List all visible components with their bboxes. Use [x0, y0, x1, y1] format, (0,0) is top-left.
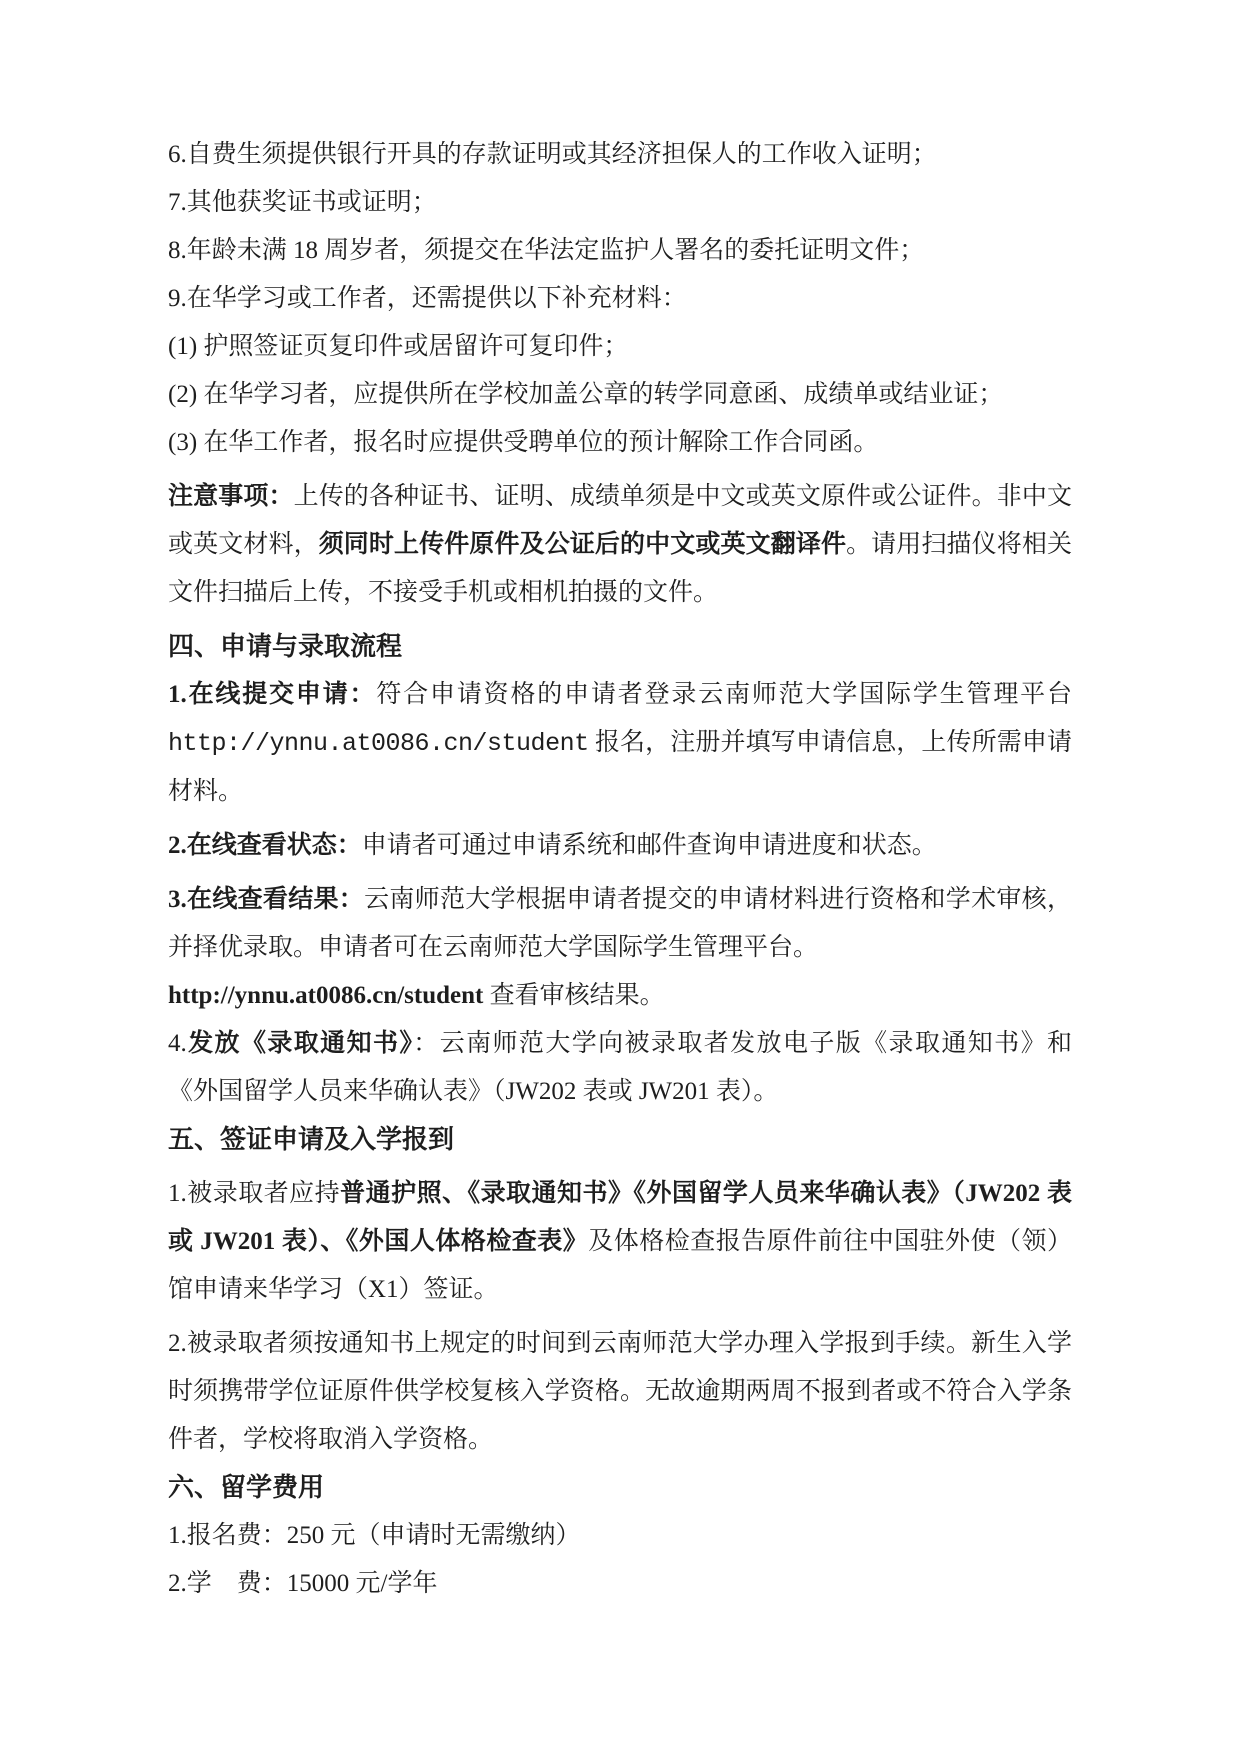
document-page: 6.自费生须提供银行开具的存款证明或其经济担保人的工作收入证明；7.其他获奖证书…	[0, 0, 1240, 1753]
sub-item-2: (2) 在华学习者，应提供所在学校加盖公章的转学同意函、成绩单或结业证；	[168, 371, 1072, 419]
text-run: 申请者可通过申请系统和邮件查询申请进度和状态。	[362, 832, 937, 859]
section-heading-6: 六、留学费用	[168, 1464, 1072, 1512]
text-run: 六、留学费用	[168, 1473, 324, 1502]
text-run: 7.其他获奖证书或证明；	[168, 189, 437, 216]
text-run: 须同时上传件原件及公证后的中文或英文翻译件	[319, 531, 846, 558]
visa-step-2: 2.被录取者须按通知书上规定的时间到云南师范大学办理入学报到手续。新生入学时须携…	[168, 1320, 1072, 1464]
text-run: 注意事项：	[168, 483, 294, 510]
list-item-9: 9.在华学习或工作者，还需提供以下补充材料：	[168, 275, 1072, 323]
url-text: http://ynnu.at0086.cn/student	[168, 729, 589, 758]
apply-step-3-url: http://ynnu.at0086.cn/student 查看审核结果。	[168, 972, 1072, 1020]
sub-item-3: (3) 在华工作者，报名时应提供受聘单位的预计解除工作合同函。	[168, 419, 1072, 467]
text-run: 四、申请与录取流程	[168, 632, 402, 661]
text-run: 五、签证申请及入学报到	[168, 1125, 454, 1154]
text-run: 1.被录取者应持	[168, 1180, 340, 1207]
text-run: 2.被录取者须按通知书上规定的时间到云南师范大学办理入学报到手续。新生入学时须携…	[168, 1330, 1072, 1453]
section-heading-4: 四、申请与录取流程	[168, 623, 1072, 671]
apply-step-1: 1.在线提交申请：符合申请资格的申请者登录云南师范大学国际学生管理平台 http…	[168, 671, 1072, 816]
text-run: 符合申请资格的申请者登录云南师范大学国际学生管理平台	[376, 681, 1072, 708]
text-run: (1) 护照签证页复印件或居留许可复印件；	[168, 333, 628, 360]
text-run: 2.学 费：15000 元/学年	[168, 1570, 437, 1597]
text-run: (2) 在华学习者，应提供所在学校加盖公章的转学同意函、成绩单或结业证；	[168, 381, 1003, 408]
section-heading-5: 五、签证申请及入学报到	[168, 1116, 1072, 1164]
notes-paragraph: 注意事项：上传的各种证书、证明、成绩单须是中文或英文原件或公证件。非中文或英文材…	[168, 473, 1072, 617]
list-item-7: 7.其他获奖证书或证明；	[168, 179, 1072, 227]
text-run: 1.在线提交申请：	[168, 681, 376, 708]
url-text: http://ynnu.at0086.cn/student	[168, 982, 483, 1009]
document-body: 6.自费生须提供银行开具的存款证明或其经济担保人的工作收入证明；7.其他获奖证书…	[0, 0, 1240, 1608]
text-run: 4.	[168, 1030, 187, 1057]
text-run: 查看审核结果。	[483, 982, 664, 1009]
list-item-8: 8.年龄未满 18 周岁者，须提交在华法定监护人署名的委托证明文件；	[168, 227, 1072, 275]
apply-step-4: 4.发放《录取通知书》：云南师范大学向被录取者发放电子版《录取通知书》和《外国留…	[168, 1020, 1072, 1116]
fee-item-1: 1.报名费：250 元（申请时无需缴纳）	[168, 1512, 1072, 1560]
sub-item-1: (1) 护照签证页复印件或居留许可复印件；	[168, 323, 1072, 371]
text-run: 2.在线查看状态：	[168, 832, 362, 859]
text-run: 8.年龄未满 18 周岁者，须提交在华法定监护人署名的委托证明文件；	[168, 237, 924, 264]
text-run: 9.在华学习或工作者，还需提供以下补充材料：	[168, 285, 687, 312]
text-run: 发放《录取通知书》	[187, 1030, 414, 1057]
apply-step-3: 3.在线查看结果：云南师范大学根据申请者提交的申请材料进行资格和学术审核，并择优…	[168, 876, 1072, 972]
apply-step-2: 2.在线查看状态：申请者可通过申请系统和邮件查询申请进度和状态。	[168, 822, 1072, 870]
text-run: 6.自费生须提供银行开具的存款证明或其经济担保人的工作收入证明；	[168, 141, 937, 168]
list-item-6: 6.自费生须提供银行开具的存款证明或其经济担保人的工作收入证明；	[168, 131, 1072, 179]
text-run: 1.报名费：250 元（申请时无需缴纳）	[168, 1522, 581, 1549]
fee-item-2: 2.学 费：15000 元/学年	[168, 1560, 1072, 1608]
text-run: (3) 在华工作者，报名时应提供受聘单位的预计解除工作合同函。	[168, 429, 878, 456]
text-run: 3.在线查看结果：	[168, 886, 364, 913]
visa-step-1: 1.被录取者应持普通护照、《录取通知书》《外国留学人员来华确认表》（JW202 …	[168, 1170, 1072, 1314]
